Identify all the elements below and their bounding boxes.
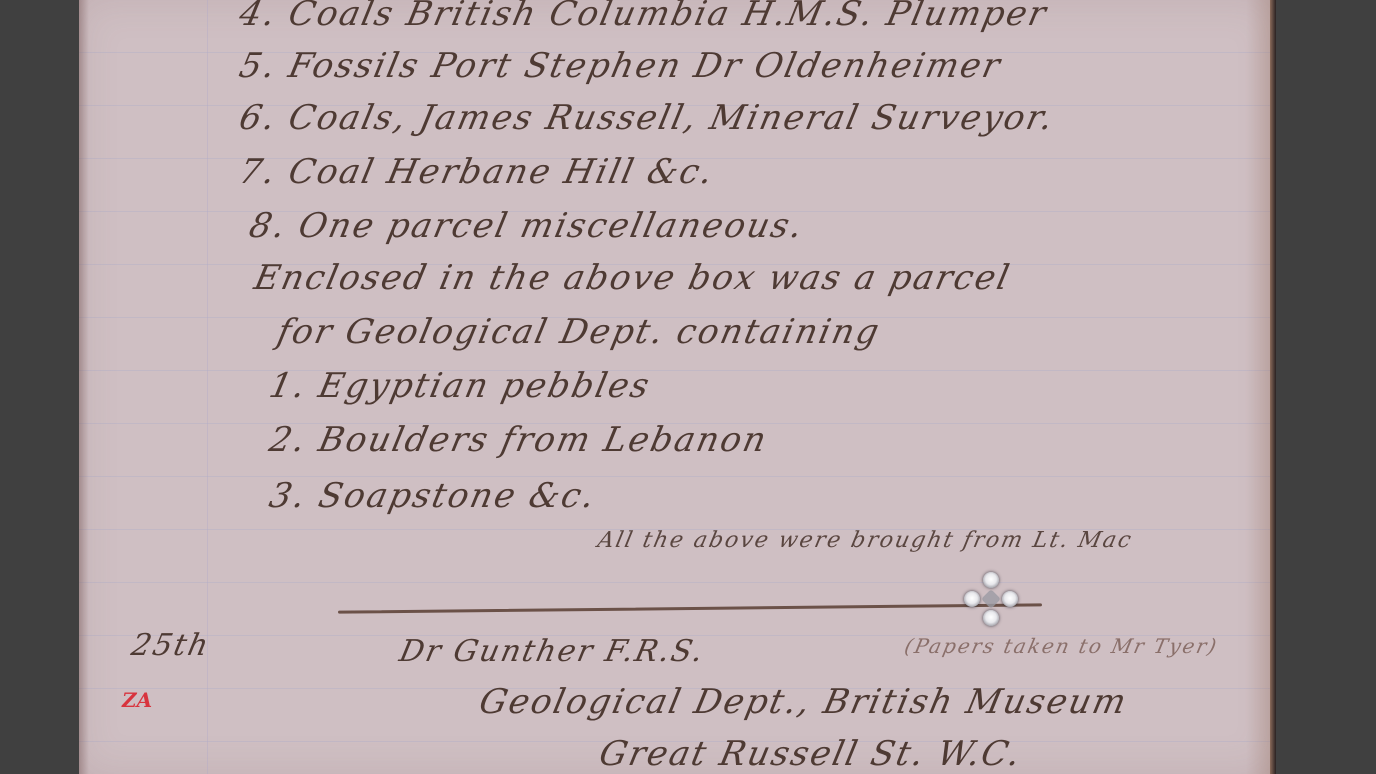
ledger-item-8: 8. One parcel miscellaneous. [246,206,808,246]
item-text: Coals, James Russell, Mineral Surveyor. [285,98,1058,138]
page-edge [1270,0,1276,774]
ledger-item-5: 5. Fossils Port Stephen Dr Oldenheimer [236,46,1005,86]
move-handle-dot-top [983,572,999,588]
provenance-note: All the above were brought from Lt. Mac [595,528,1135,553]
item-text: Boulders from Lebanon [315,420,771,460]
ledger-item-4: 4. Coals British Columbia H.M.S. Plumper [236,0,1051,34]
entry-address-1: Geological Dept., British Museum [476,682,1132,722]
item-number: 1. [266,366,311,406]
item-number: 7. [236,152,281,192]
sub-item-2: 2. Boulders from Lebanon [266,420,772,460]
item-number: 3. [266,476,311,516]
move-handle-center [981,589,1001,609]
ledger-item-7: 7. Coal Herbane Hill &c. [236,152,718,192]
move-handle-dot-left [964,591,980,607]
item-number: 6. [236,98,281,138]
item-text: Coal Herbane Hill &c. [285,152,718,192]
item-text: Coals British Columbia H.M.S. Plumper [285,0,1051,34]
move-handle-icon[interactable] [962,572,1020,626]
image-viewer: 4. Coals British Columbia H.M.S. Plumper… [0,0,1376,774]
sub-item-3: 3. Soapstone &c. [266,476,600,516]
item-text: One parcel miscellaneous. [295,206,808,246]
red-register-mark: ZA [122,688,152,712]
ledger-item-6: 6. Coals, James Russell, Mineral Surveyo… [236,98,1059,138]
sub-item-1: 1. Egyptian pebbles [266,366,655,406]
item-text: Egyptian pebbles [315,366,654,406]
item-number: 2. [266,420,311,460]
enclosed-line-2: for Geological Dept. containing [274,312,884,352]
item-number: 5. [236,46,281,86]
enclosed-line-1: Enclosed in the above box was a parcel [251,258,1015,298]
entry-date: 25th [128,628,213,663]
item-number: 4. [236,0,281,34]
entry-name: Dr Gunther F.R.S. [396,634,708,669]
item-number: 8. [246,206,291,246]
entry-address-2: Great Russell St. W.C. [596,734,1026,774]
entry-note: (Papers taken to Mr Tyer) [902,634,1220,658]
item-text: Soapstone &c. [315,476,600,516]
item-text: Fossils Port Stephen Dr Oldenheimer [285,46,1005,86]
move-handle-dot-right [1002,591,1018,607]
move-handle-dot-bottom [983,610,999,626]
